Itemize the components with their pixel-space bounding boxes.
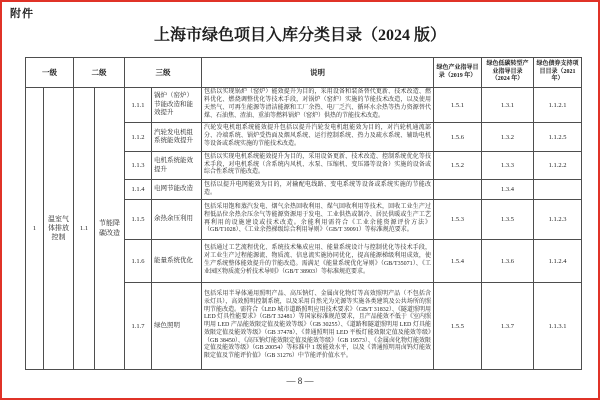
col-header-catalog-2024: 绿色低碳转型产业指导目录（2024 年） [482, 58, 534, 88]
catalog-2019-cell: 1.5.2 [434, 152, 482, 180]
catalog-2024-cell: 1.3.1 [482, 88, 534, 123]
catalog-2024-cell: 1.3.4 [482, 180, 534, 200]
catalog-2024-cell: 1.3.7 [482, 283, 534, 370]
catalog-2021-cell: 1.1.2.3 [534, 200, 582, 240]
catalog-2019-cell: 1.5.1 [434, 88, 482, 123]
row-code-cell: 1.1.6 [125, 240, 152, 283]
col-header-level2: 二级 [74, 58, 125, 88]
table-row: 1 温室气体排放控制 1.1 节能降碳改造 1.1.1 锅炉（窑炉）节能改造和能… [26, 88, 582, 123]
catalog-2019-cell: 1.5.5 [434, 283, 482, 370]
level1-code-cell: 1 [26, 88, 44, 370]
row-code-cell: 1.1.4 [125, 180, 152, 200]
row-description-cell: 包括以实现锅炉（窑炉）能效提升为目的，采用设备和装备替代更新、技术改造、燃料优化… [202, 88, 434, 123]
row-code-cell: 1.1.7 [125, 283, 152, 370]
row-name-cell: 绿色照明 [152, 283, 202, 370]
col-header-catalog-2021: 绿色债券支持项目目录（2021 年） [534, 58, 582, 88]
catalog-2021-cell: 1.1.2.1 [534, 88, 582, 123]
row-name-cell: 锅炉（窑炉）节能改造和能效提升 [152, 88, 202, 123]
row-code-cell: 1.1.5 [125, 200, 152, 240]
row-description-cell: 包括采用半导体通用照明产品、高压钠灯、金属卤化物灯等高效照明产品（不包括含汞灯具… [202, 283, 434, 370]
row-name-cell: 电网节能改造 [152, 180, 202, 200]
row-name-cell: 余热余压利用 [152, 200, 202, 240]
row-name-cell: 汽轮发电机组系统能效提升 [152, 123, 202, 152]
catalog-2021-cell: 1.1.2.4 [534, 240, 582, 283]
catalog-2019-cell: 1.5.6 [434, 123, 482, 152]
catalog-2019-cell [434, 180, 482, 200]
level1-name-cell: 温室气体排放控制 [44, 88, 74, 370]
row-description-cell: 包括采用饱和蒸汽发电、烟气余热回收利用、煤气回收利用等技术，回收工业生产过程低品… [202, 200, 434, 240]
catalog-2021-cell: 1.1.2.5 [534, 123, 582, 152]
row-name-cell: 能量系统优化 [152, 240, 202, 283]
catalog-2021-cell: 1.1.2.2 [534, 152, 582, 180]
table-header-row: 一级 二级 三级 说明 绿色产业指导目录（2019 年） 绿色低碳转型产业指导目… [26, 58, 582, 88]
col-header-level1: 一级 [26, 58, 74, 88]
catalog-2024-cell: 1.3.5 [482, 200, 534, 240]
row-code-cell: 1.1.3 [125, 152, 152, 180]
row-description-cell: 包括通过工艺流程优化、系统技术集成应用、能量系统设计与控制优化等技术手段，对工业… [202, 240, 434, 283]
row-name-cell: 电机系统能效提升 [152, 152, 202, 180]
catalog-2019-cell: 1.5.4 [434, 240, 482, 283]
row-description-cell: 包括以提升电网能效为目的，对输配电线路、变电系统等设备或系统实施的节能改造。 [202, 180, 434, 200]
row-description-cell: 包括以实现电机系统能效提升为目的，采用设备更新、技术改造、控制系统优化等技术手段… [202, 152, 434, 180]
catalog-table: 一级 二级 三级 说明 绿色产业指导目录（2019 年） 绿色低碳转型产业指导目… [25, 57, 582, 370]
catalog-2024-cell: 1.3.2 [482, 123, 534, 152]
catalog-2021-cell [534, 180, 582, 200]
row-description-cell: 汽轮发电机组系统能效提升包括以提升汽轮发电机组能效为目的，对汽轮机通流部分、冷端… [202, 123, 434, 152]
row-code-cell: 1.1.2 [125, 123, 152, 152]
catalog-2024-cell: 1.3.3 [482, 152, 534, 180]
catalog-2024-cell: 1.3.6 [482, 240, 534, 283]
level2-name-cell: 节能降碳改造 [95, 88, 125, 370]
catalog-2021-cell: 1.1.3.1 [534, 283, 582, 370]
attachment-label: 附件 [10, 5, 34, 21]
catalog-2019-cell: 1.5.3 [434, 200, 482, 240]
col-header-description: 说明 [202, 58, 434, 88]
col-header-level3: 三级 [125, 58, 202, 88]
col-header-catalog-2019: 绿色产业指导目录（2019 年） [434, 58, 482, 88]
level2-code-cell: 1.1 [74, 88, 95, 370]
page-title: 上海市绿色项目入库分类目录（2024 版） [0, 22, 600, 45]
page-number: — 8 — [0, 376, 600, 386]
row-code-cell: 1.1.1 [125, 88, 152, 123]
